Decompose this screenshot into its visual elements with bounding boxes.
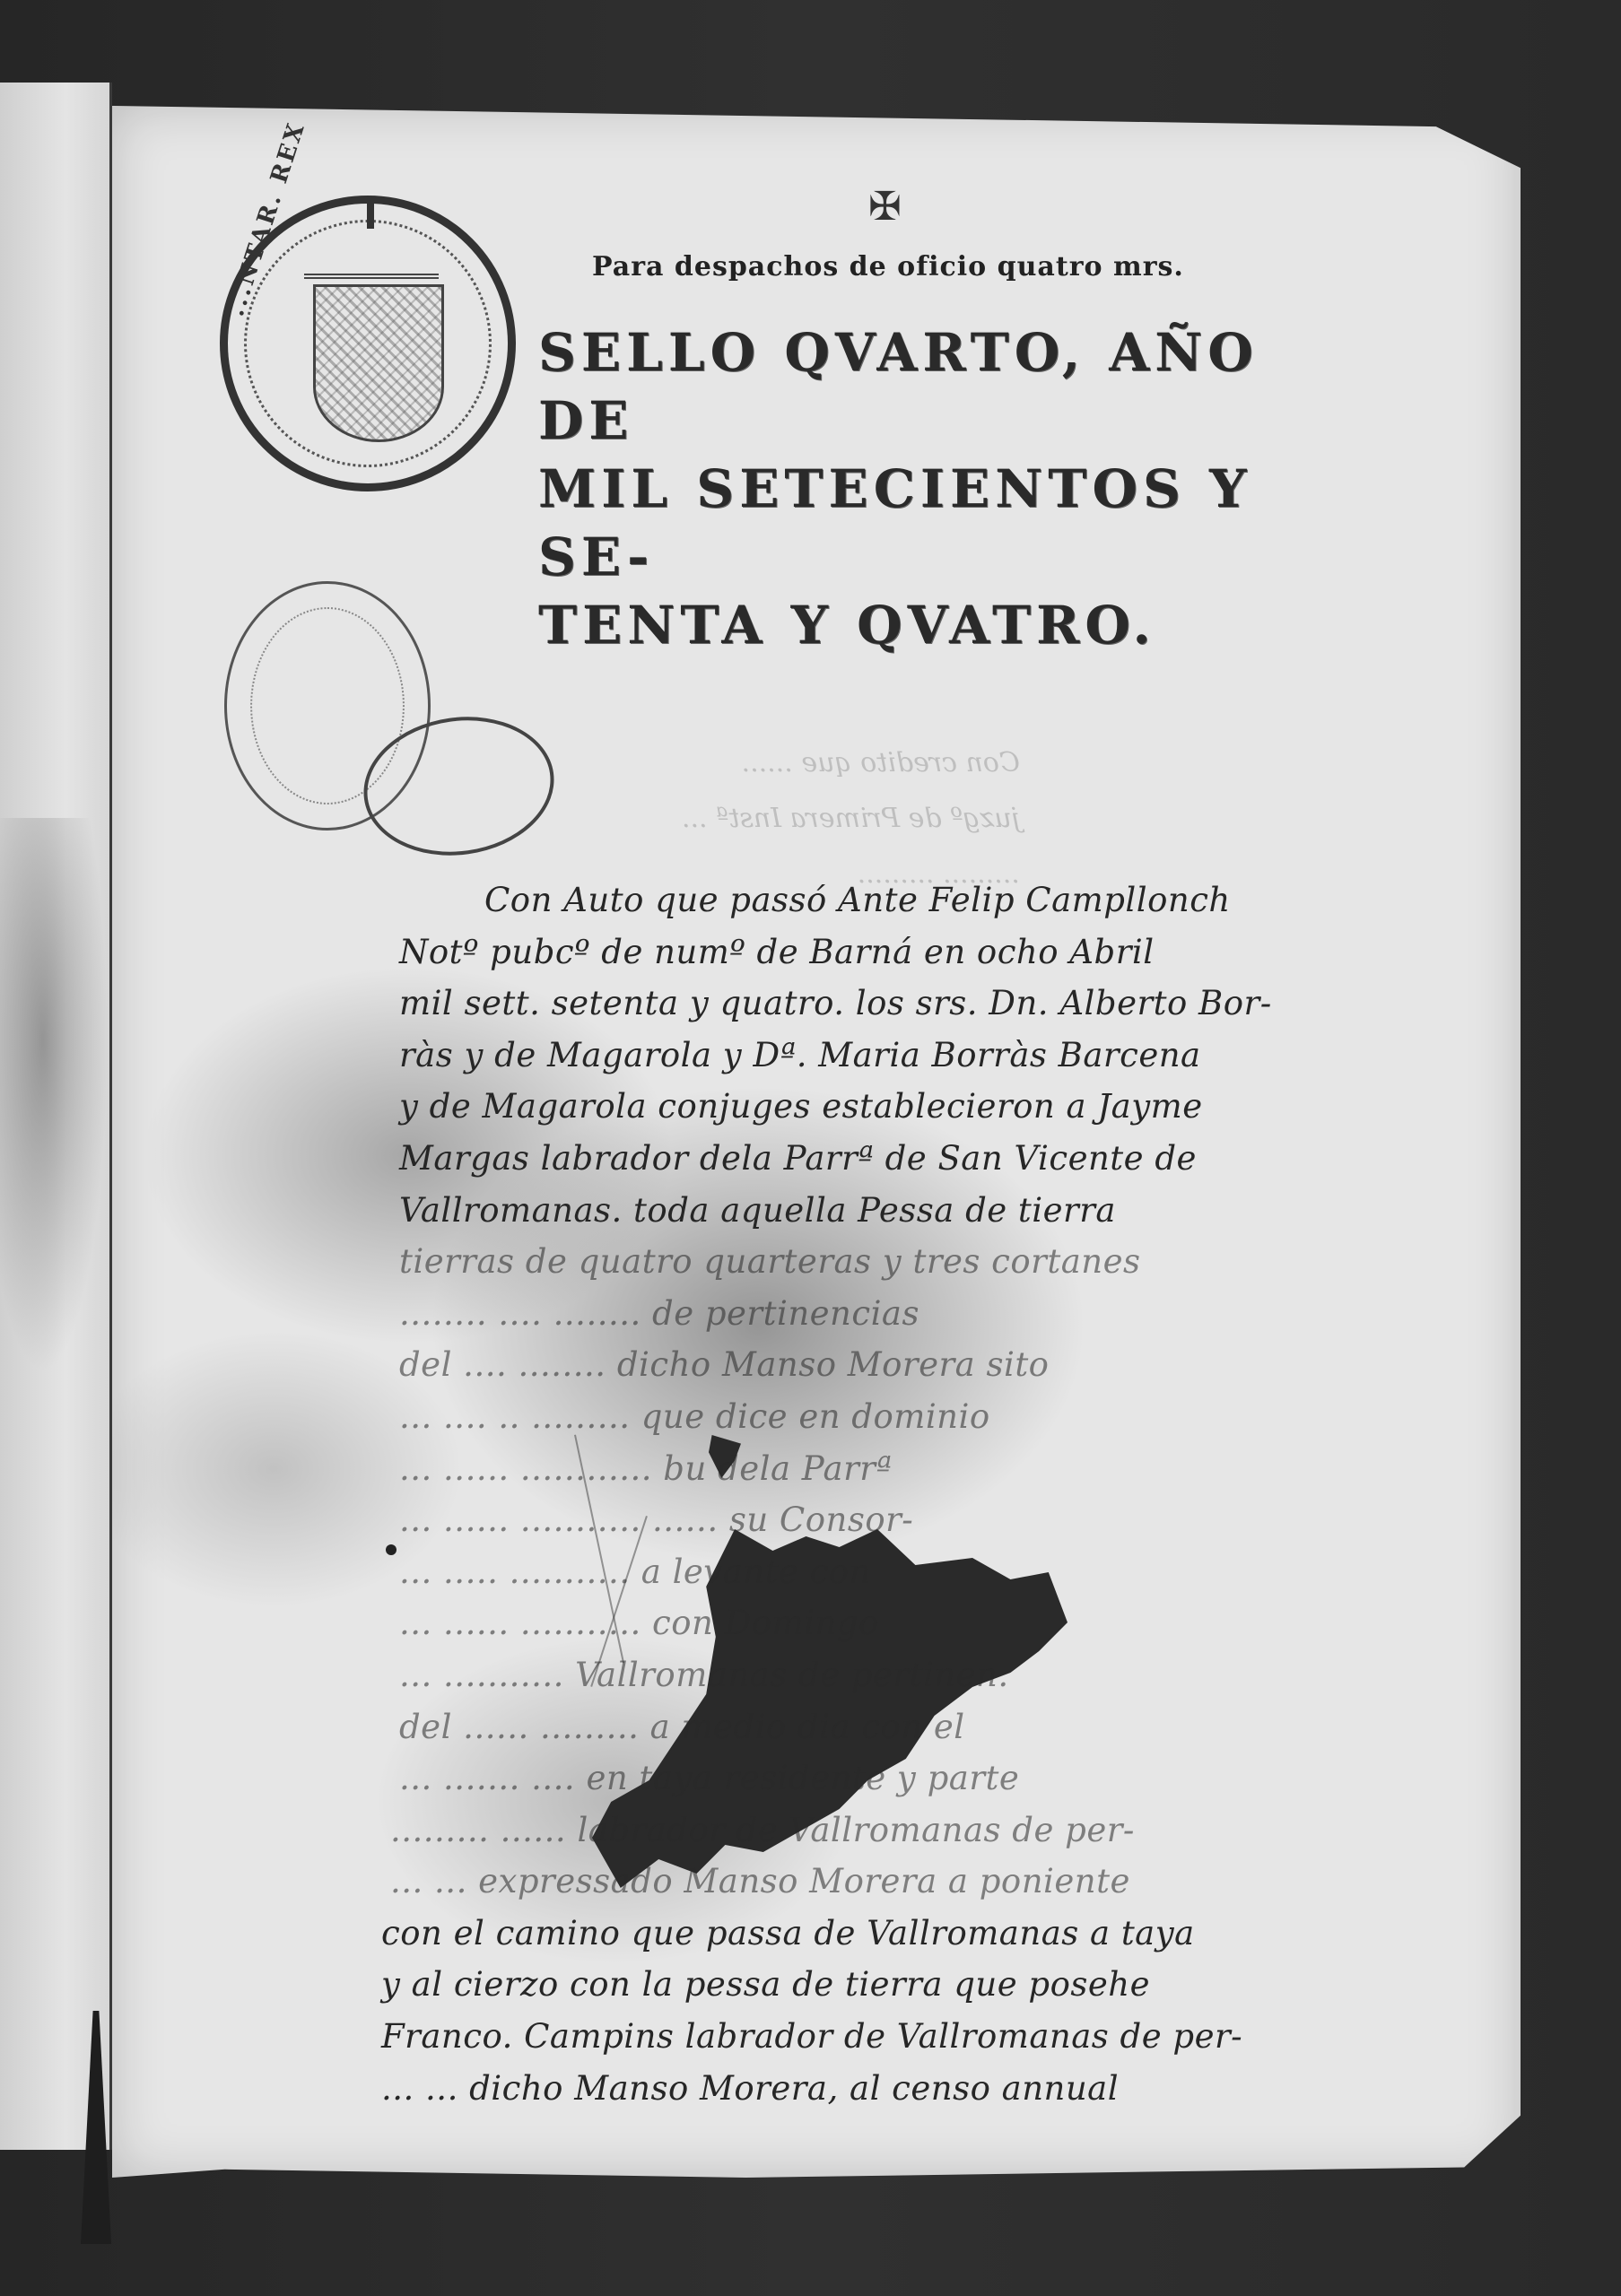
manuscript-line: ... ... expressado Manso Morera a ponien… xyxy=(354,1856,1467,1908)
manuscript-line: Vallromanas. toda aquella Pessa de tierr… xyxy=(354,1185,1467,1237)
manuscript-line: del ...... ......... a medio dia con el xyxy=(354,1701,1467,1753)
manuscript-body: Con Auto que passó Ante Felip Campllonch… xyxy=(354,874,1467,2114)
royal-coat-of-arms-seal: ...NTAR. REX xyxy=(220,196,516,491)
manuscript-line: ... ........... Vallromanas de pertinen. xyxy=(354,1649,1467,1701)
manuscript-line: ... ...... ........... ...... su Consor- xyxy=(354,1494,1467,1546)
manuscript-line: ... ..... ........... a levante con xyxy=(354,1546,1467,1598)
manuscript-line: ... ...... ............ bu dela Parrª xyxy=(354,1443,1467,1495)
manuscript-line: ... .... .. ......... que dice en domini… xyxy=(354,1391,1467,1443)
manuscript-line: Con Auto que passó Ante Felip Campllonch xyxy=(354,874,1467,926)
manuscript-line: Notº pubcº de numº de Barná en ocho Abri… xyxy=(354,926,1467,978)
shield-icon xyxy=(313,284,444,442)
manuscript-line: ........ .... ........ de pertinencias xyxy=(354,1288,1467,1340)
manuscript-line: y de Magarola conjuges establecieron a J… xyxy=(354,1081,1467,1133)
manuscript-line: Franco. Campins labrador de Vallromanas … xyxy=(354,2011,1467,2063)
manuscript-line: ràs y de Magarola y Dª. Maria Borràs Bar… xyxy=(354,1030,1467,1082)
manuscript-line: ... ... dicho Manso Morera, al censo ann… xyxy=(354,2063,1467,2115)
water-stain xyxy=(0,818,108,1374)
stamp-title: SELLO QVARTO, AÑO DE MIL SETECIENTOS Y S… xyxy=(538,318,1292,659)
cross-icon: ✠ xyxy=(868,184,902,230)
manuscript-line: ......... ...... labrador de Vallromanas… xyxy=(354,1805,1467,1857)
manuscript-line: mil sett. setenta y quatro. los srs. Dn.… xyxy=(354,978,1467,1030)
manuscript-line: tierras de quatro quarteras y tres corta… xyxy=(354,1236,1467,1288)
facing-page-edge xyxy=(0,83,112,2150)
manuscript-line: del .... ........ dicho Manso Morera sit… xyxy=(354,1339,1467,1391)
crown-icon xyxy=(304,220,439,279)
manuscript-line: ... ....... .... en taya residente y par… xyxy=(354,1752,1467,1805)
manuscript-line: con el camino que passa de Vallromanas a… xyxy=(354,1908,1467,1960)
manuscript-line: ... ...... ........... con Domingo xyxy=(354,1597,1467,1649)
stamp-price-note: Para despachos de oficio quatro mrs. xyxy=(592,251,1184,283)
page-tear xyxy=(81,2011,111,2244)
manuscript-line: Margas labrador dela Parrª de San Vicent… xyxy=(354,1133,1467,1185)
manuscript-line: y al cierzo con la pessa de tierra que p… xyxy=(354,1959,1467,2011)
